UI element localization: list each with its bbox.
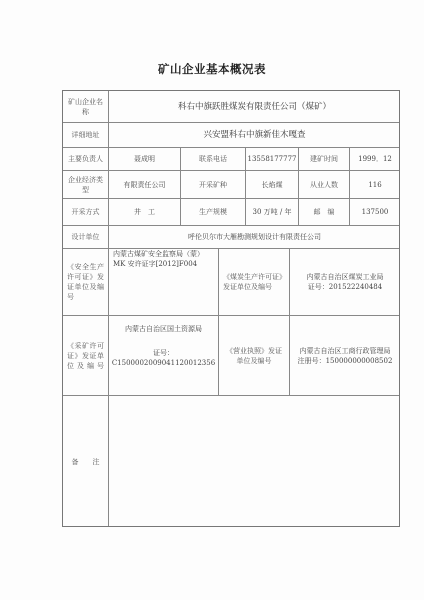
value-postcode: 137500 — [349, 198, 400, 225]
label-address: 详细地址 — [62, 122, 108, 147]
label-safety-permit: 《安全生产许可证》发证单位及编号 — [62, 248, 108, 315]
coal-permit-issuer: 内蒙古自治区煤炭工业局 — [307, 272, 384, 282]
value-mine-name: 科右中旗跃胜煤炭有限责任公司（煤矿） — [108, 90, 400, 122]
label-scale: 生产规模 — [180, 198, 245, 225]
value-address: 兴安盟科右中旗新佳木嘎查 — [108, 122, 400, 147]
mining-permit-number: C1500002009041120012356 — [112, 358, 215, 368]
value-business-license: 内蒙古自治区工商行政管理局 注册号：150000000008502 — [289, 315, 400, 395]
value-principal: 聂成明 — [108, 147, 180, 170]
value-mining-permit: 内蒙古自治区国土资源局 证号： C1500002009041120012356 — [108, 315, 218, 395]
label-economic-type: 企业经济类型 — [62, 170, 108, 198]
value-remarks — [108, 395, 400, 527]
value-scale: 30 万吨 / 年 — [245, 198, 298, 225]
value-phone: 13558177777 — [245, 147, 298, 170]
safety-permit-number: MK 安许证字[2012]F004 — [113, 259, 197, 269]
label-design-unit: 设计单位 — [62, 225, 108, 248]
label-postcode: 邮 编 — [298, 198, 349, 225]
page-title: 矿山企业基本概况表 — [0, 61, 424, 77]
label-principal: 主要负责人 — [62, 147, 108, 170]
safety-permit-issuer: 内蒙古煤矿安全监察局（蒙） — [113, 249, 204, 259]
label-phone: 联系电话 — [180, 147, 245, 170]
business-license-issuer: 内蒙古自治区工商行政管理局 — [300, 346, 391, 356]
value-coal-permit: 内蒙古自治区煤炭工业局 证号：201522240484 — [289, 248, 400, 315]
value-safety-permit: 内蒙古煤矿安全监察局（蒙） MK 安许证字[2012]F004 — [108, 248, 218, 315]
coal-permit-number: 证号：201522240484 — [308, 282, 382, 292]
label-mining-method: 开采方式 — [62, 198, 108, 225]
value-economic-type: 有限责任公司 — [108, 170, 180, 198]
value-staff: 116 — [349, 170, 400, 198]
mining-permit-number-label: 证号： — [153, 348, 174, 358]
label-mining-permit: 《采矿许可证》发证单位及编号 — [62, 315, 108, 395]
mine-overview-table: 矿山企业名称 科右中旗跃胜煤炭有限责任公司（煤矿） 详细地址 兴安盟科右中旗新佳… — [62, 90, 400, 527]
label-mineral: 开采矿种 — [180, 170, 245, 198]
business-license-number: 注册号：150000000008502 — [298, 356, 393, 366]
value-design-unit: 呼伦贝尔市大雁勘测规划设计有限责任公司 — [108, 225, 400, 248]
label-coal-permit: 《煤炭生产许可证》发证单位及编号 — [218, 248, 289, 315]
label-staff: 从业人数 — [298, 170, 349, 198]
label-built-time: 建矿时间 — [298, 147, 349, 170]
value-mining-method: 井 工 — [108, 198, 180, 225]
value-mineral: 长焰煤 — [245, 170, 298, 198]
mining-permit-issuer: 内蒙古自治区国土资源局 — [125, 324, 202, 334]
value-built-time: 1999．12 — [349, 147, 400, 170]
label-mine-name: 矿山企业名称 — [62, 90, 108, 122]
label-business-license: 《营业执照》发证单位及编号 — [218, 315, 289, 395]
label-remarks: 备 注 — [62, 395, 108, 527]
